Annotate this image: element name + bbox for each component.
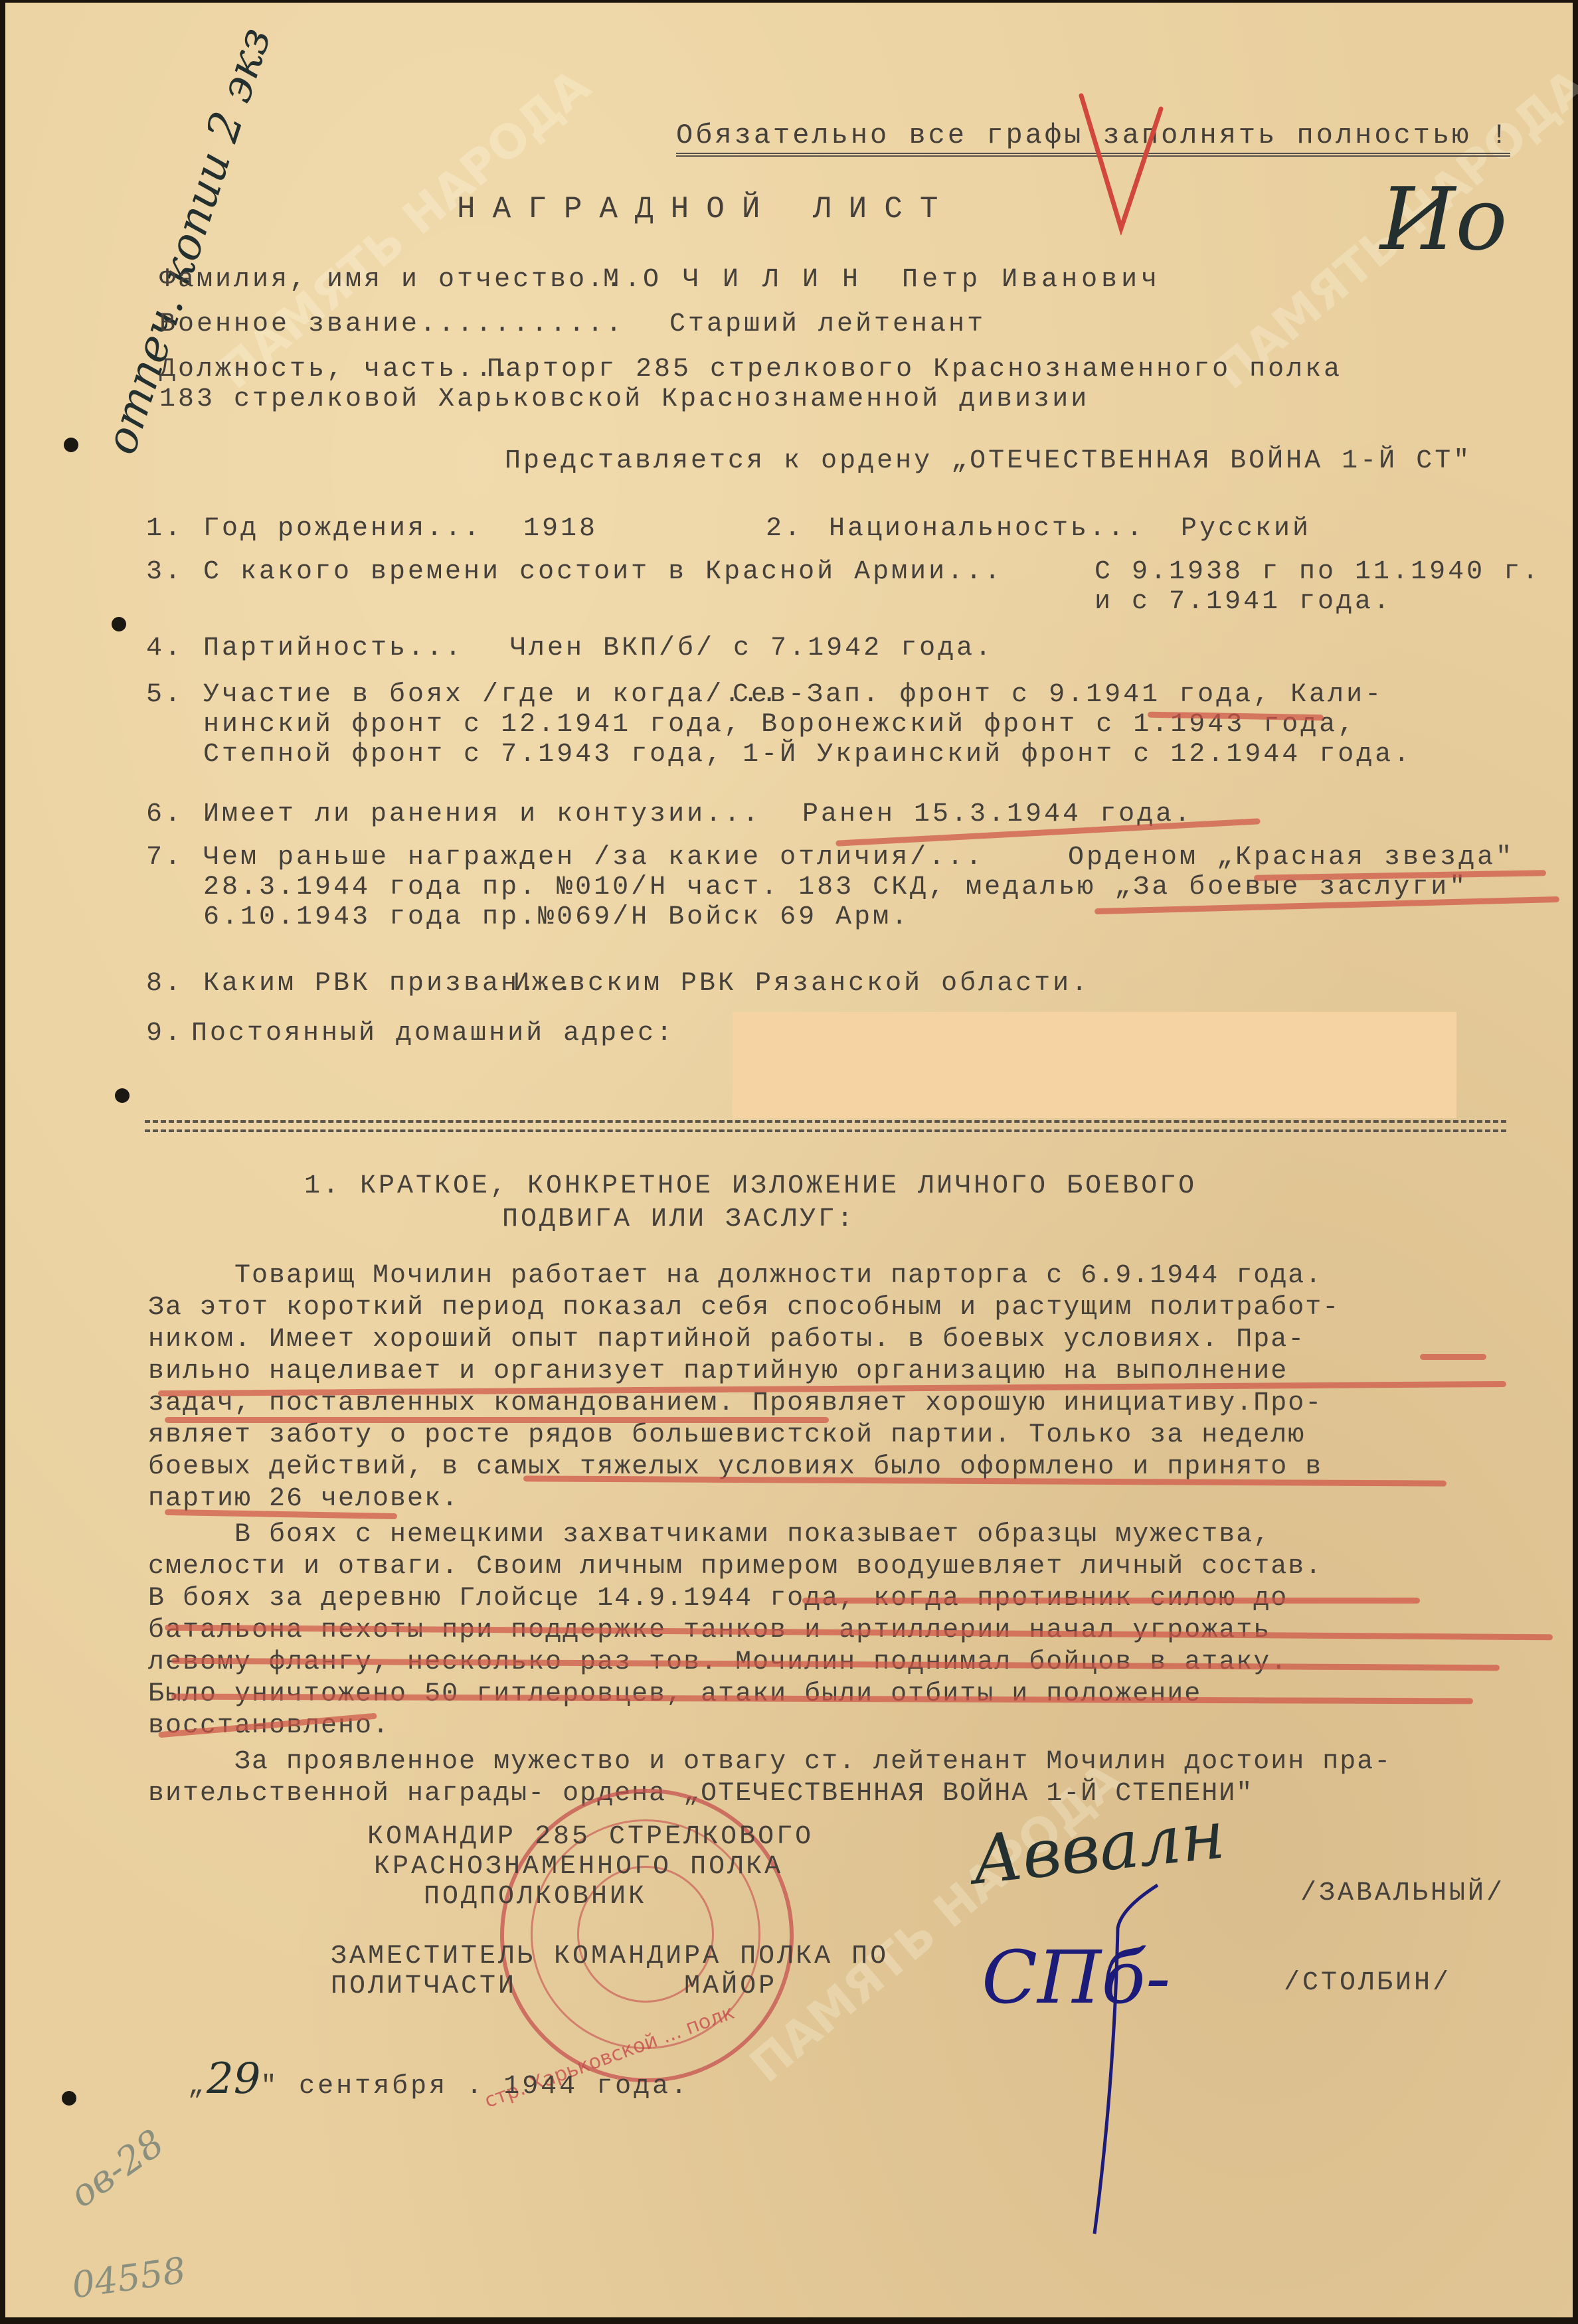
position-value-cont: 183 стрелковой Харьковской Краснознаменн… [159, 384, 1089, 414]
item-3-num: 3. [146, 557, 183, 587]
item-3-value-cont: и с 7.1941 года. [1095, 587, 1392, 617]
item-4-label: Партийность... [203, 633, 464, 663]
item-1-label: Год рождения... [203, 514, 482, 544]
item-7-value-cont2: 6.10.1943 года пр.№069/Н Войск 69 Арм. [203, 902, 910, 932]
red-underline [802, 1598, 1420, 1604]
item-2-value: Русский [1181, 514, 1311, 544]
item-8-value: Ижевским РВК Рязанской области. [513, 969, 1090, 999]
watermark: ПАМЯТЬ НАРОДА [209, 58, 600, 400]
item-5-value-cont2: Степной фронт с 7.1943 года, 1-Й Украинс… [203, 740, 1412, 770]
item-3-label: С какого времени состоит в Красной Армии… [203, 557, 1003, 587]
item-8-num: 8. [146, 969, 183, 999]
date-close-quote: " [260, 2072, 279, 2102]
name-value: М О Ч И Л И Н Петр Иванович [603, 265, 1161, 295]
section-separator [145, 1120, 1506, 1132]
item-1-num: 1. [146, 514, 183, 544]
item-2-label: Национальность... [829, 514, 1145, 544]
archive-number: 04558 [69, 2249, 188, 2306]
item-7-label: Чем раньше награжден /за какие отличия/.… [203, 843, 984, 872]
item-7-num: 7. [146, 843, 183, 872]
red-checkmark-icon [1075, 89, 1168, 235]
merit-text-line: смелости и отваги. Своим личным примером… [148, 1552, 1322, 1582]
archive-note: ов-28 [62, 2121, 172, 2216]
rank-value: Старший лейтенант [669, 309, 986, 339]
section-heading-cont: ПОДВИГА ИЛИ ЗАСЛУГ: [502, 1204, 855, 1234]
merit-text-line: За проявленное мужество и отвагу ст. лей… [148, 1747, 1391, 1777]
document-title: НАГРАДНОЙ ЛИСТ [457, 192, 955, 226]
item-5-num: 5. [146, 680, 183, 710]
name-label: Фамилия, имя и отчество... [159, 265, 643, 295]
deputy-name: /СТОЛБИН/ [1284, 1968, 1451, 1998]
deputy-title: ЗАМЕСТИТЕЛЬ КОМАНДИРА ПОЛКА ПО [331, 1942, 889, 1971]
deputy-title-cont: ПОЛИТЧАСТИ МАЙОР [331, 1971, 777, 2001]
item-4-num: 4. [146, 633, 183, 663]
position-value: Парторг 285 стрелкового Краснознаменного… [487, 355, 1342, 384]
merit-text-line: ником. Имеет хороший опыт партийной рабо… [148, 1325, 1305, 1355]
item-6-num: 6. [146, 799, 183, 829]
merit-text-line: являет заботу о росте рядов большевистск… [148, 1420, 1305, 1450]
item-5-label: Участие в боях /где и когда/... [203, 680, 780, 710]
punch-hole [64, 438, 78, 452]
commander-name: /ЗАВАЛЬНЫЙ/ [1300, 1878, 1505, 1908]
handwritten-corner-note: Ио [1380, 169, 1508, 270]
award-sheet-page: ПАМЯТЬ НАРОДА ПАМЯТЬ НАРОДА ПАМЯТЬ НАРОД… [5, 3, 1573, 2317]
merit-text-line: вильно нацеливает и организует партийную… [148, 1357, 1288, 1386]
red-underline [1420, 1354, 1486, 1360]
section-heading: 1. КРАТКОЕ, КОНКРЕТНОЕ ИЗЛОЖЕНИЕ ЛИЧНОГО… [304, 1171, 1197, 1201]
date-rest: сентября . 1944 года. [299, 2072, 689, 2102]
punch-hole [112, 617, 126, 631]
merit-text-line: За этот короткий период показал себя спо… [148, 1293, 1340, 1323]
item-5-value: Сев-Зап. фронт с 9.1941 года, Кали- [733, 680, 1383, 710]
merit-text-line: В боях с немецкими захватчиками показыва… [148, 1520, 1271, 1550]
nomination-line: Представляется к ордену „ОТЕЧЕСТВЕННАЯ В… [505, 446, 1472, 476]
item-7-value: Орденом „Красная звезда" [1068, 843, 1514, 872]
punch-hole [115, 1088, 130, 1103]
date-day: 29 [207, 2054, 260, 2104]
item-4-value: Член ВКП/б/ с 7.1942 года. [510, 633, 994, 663]
item-1-value: 1918 [523, 514, 598, 544]
rank-label: Военное звание........... [159, 309, 624, 339]
document-date: „29" сентября . 1944 года. [188, 2054, 689, 2104]
signature-stroke [1081, 1882, 1168, 2240]
item-6-label: Имеет ли ранения и контузии... [203, 799, 761, 829]
item-9-label: Постоянный домашний адрес: [191, 1019, 675, 1048]
punch-hole [62, 2091, 76, 2106]
merit-text-line: Товарищ Мочилин работает на должности па… [148, 1261, 1322, 1291]
commander-title: КОМАНДИР 285 СТРЕЛКОВОГО [367, 1822, 814, 1852]
item-9-num: 9. [146, 1019, 183, 1048]
position-label: Должность, часть... [159, 355, 513, 384]
date-open-quote: „ [188, 2072, 207, 2102]
item-2-num: 2. [766, 514, 803, 544]
redacted-address [733, 1012, 1456, 1118]
red-underline [165, 1417, 829, 1423]
commander-rank: ПОДПОЛКОВНИК [424, 1882, 647, 1912]
item-3-value: С 9.1938 г по 11.1940 г. [1095, 557, 1541, 587]
commander-title-cont: КРАСНОЗНАМЕННОГО ПОЛКА [374, 1852, 783, 1882]
